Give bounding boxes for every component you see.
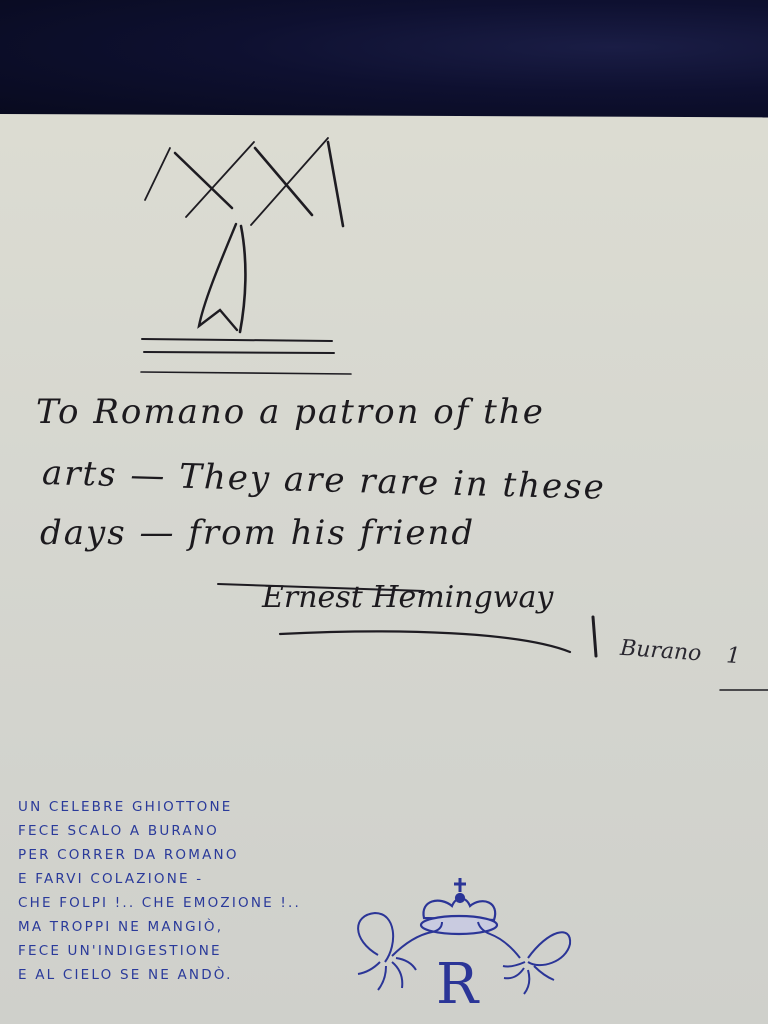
octopus-right-icon [478, 922, 570, 994]
crest-letter: R [436, 952, 480, 1017]
crest-emblem: R [0, 0, 768, 1024]
crown-icon [421, 878, 497, 934]
